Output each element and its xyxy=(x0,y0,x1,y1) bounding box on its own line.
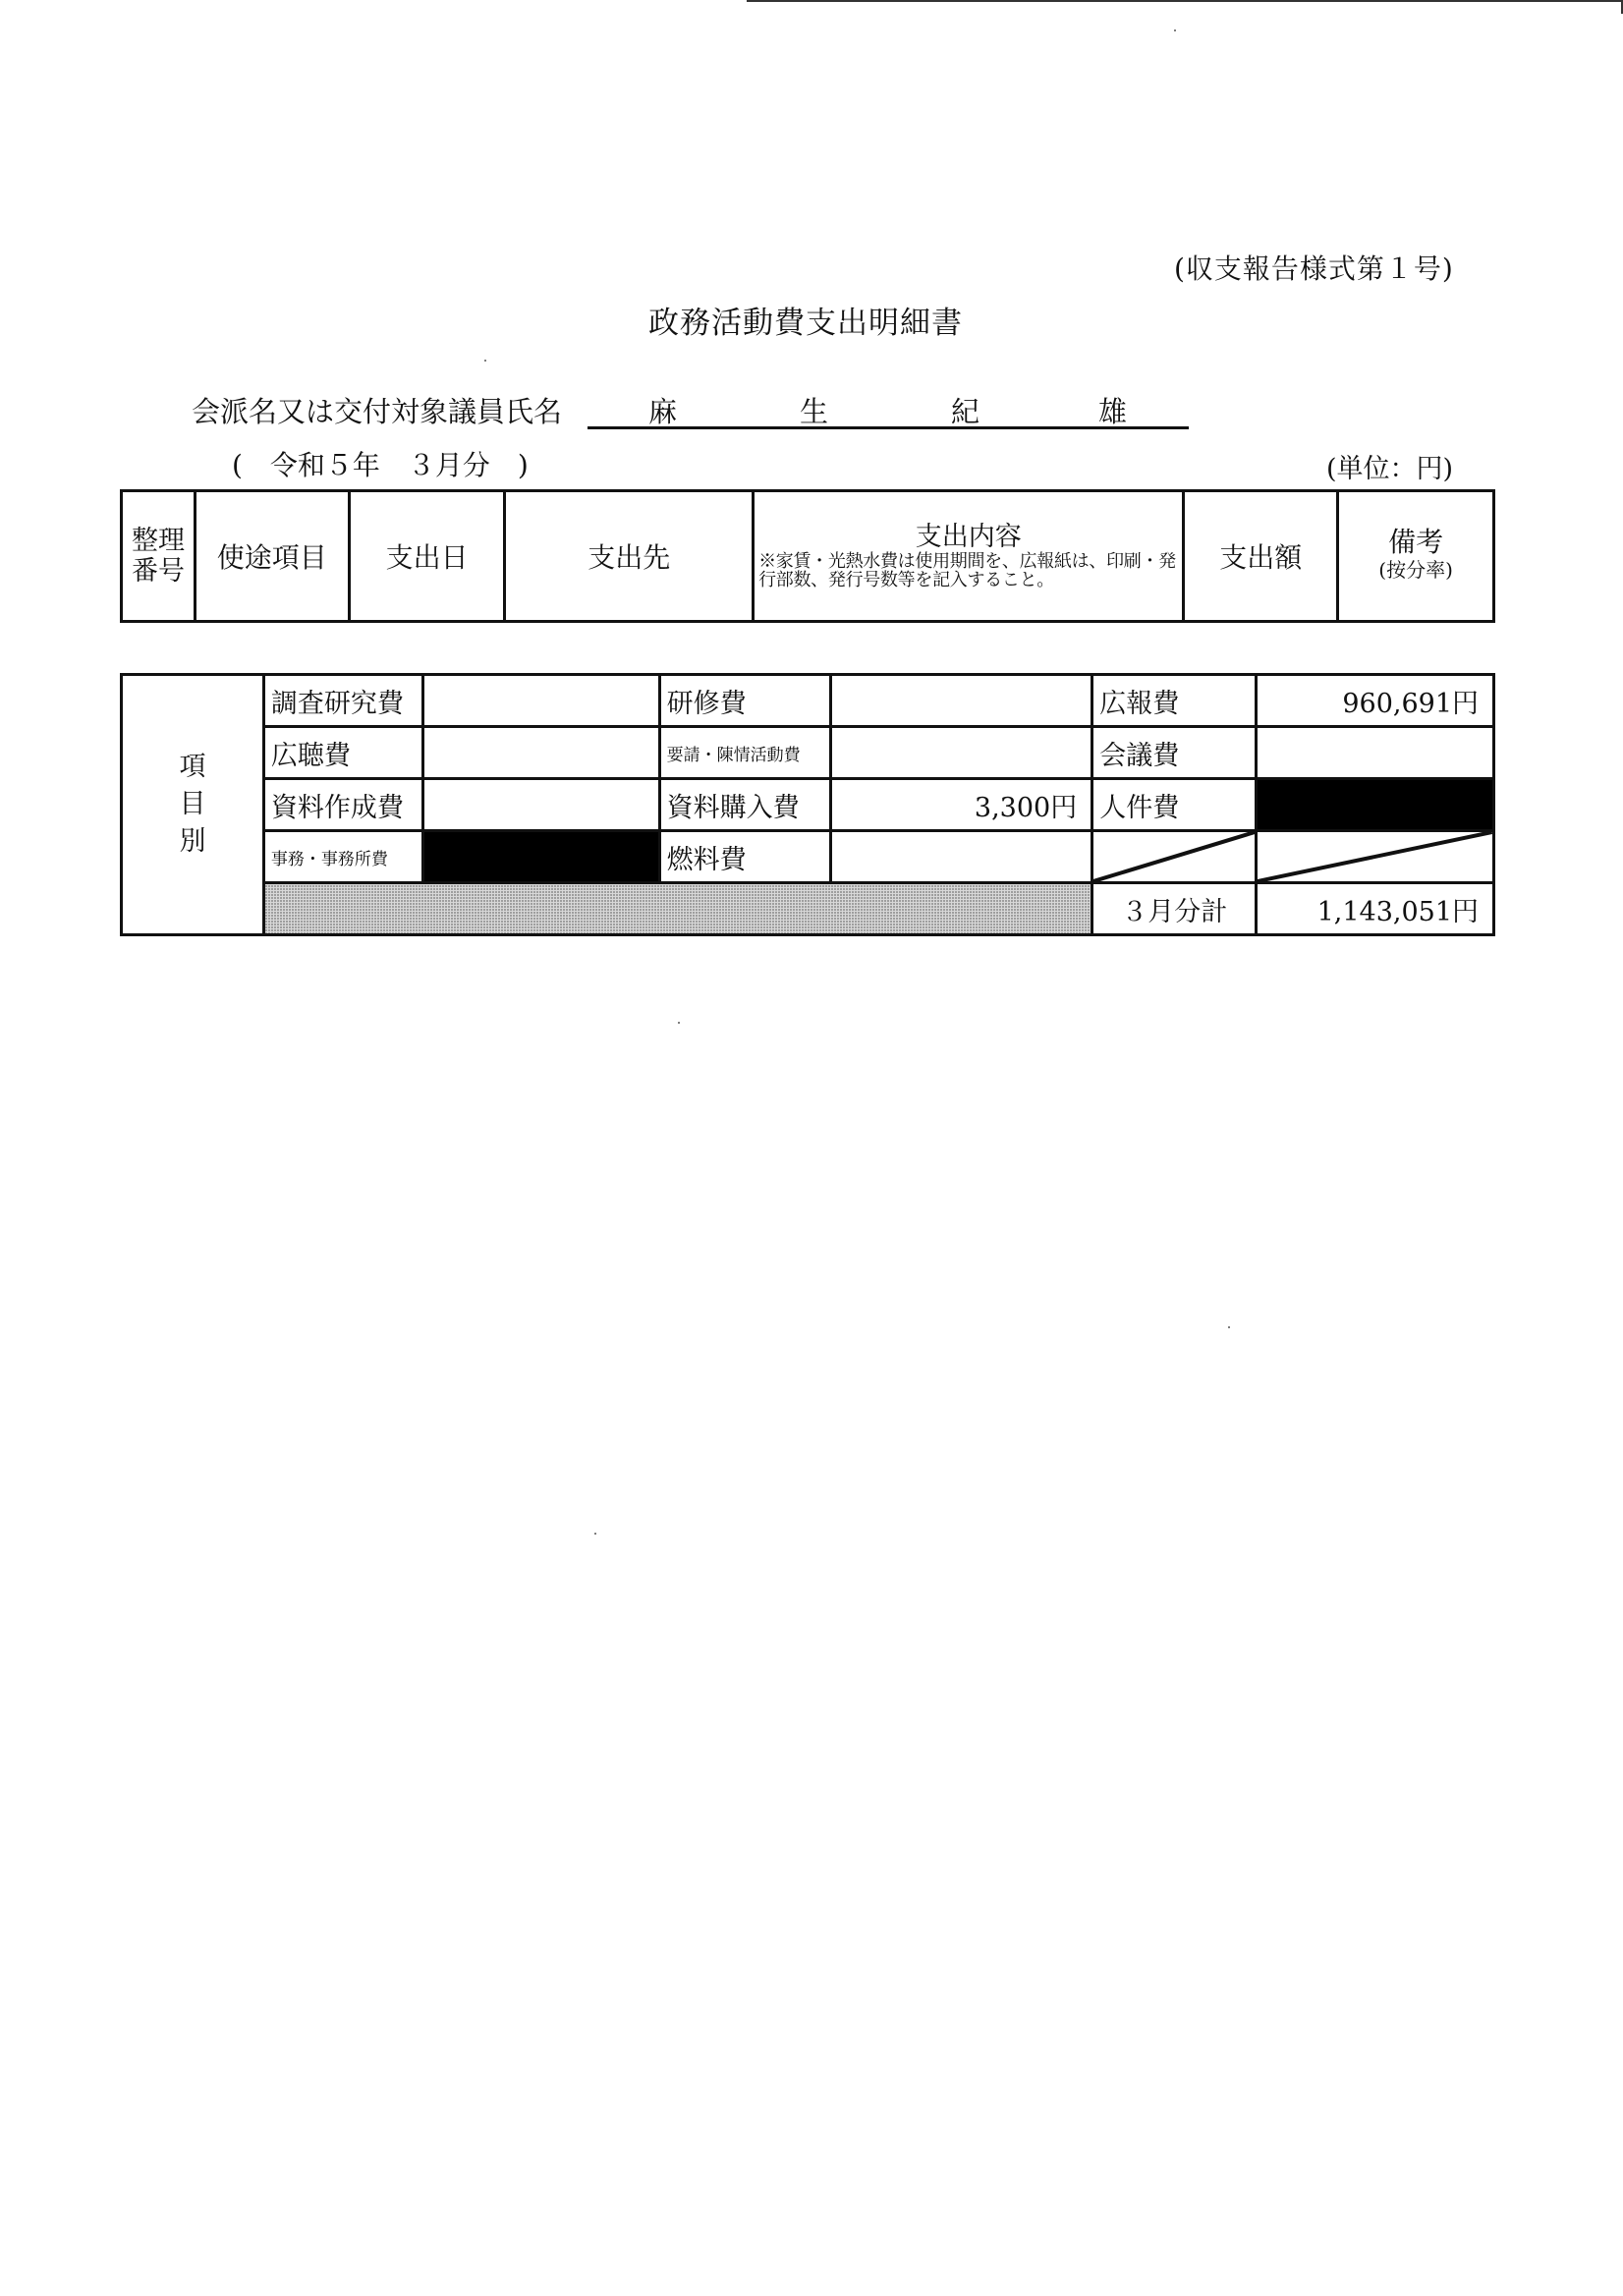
total-value: 1,143,051円 xyxy=(1257,883,1494,935)
category-value xyxy=(423,675,659,727)
diagonal-strike-icon xyxy=(1258,832,1492,881)
category-value xyxy=(830,675,1091,727)
form-number: (収支報告様式第１号) xyxy=(1174,248,1454,287)
report-period: ( 令和５年 ３月分 ) xyxy=(232,444,529,483)
category-label: 会議費 xyxy=(1092,727,1257,779)
recipient-name-char: 麻 xyxy=(648,390,677,430)
category-label: 研修費 xyxy=(659,675,830,727)
expense-detail-table: 整理 番号 使途項目 支出日 支出先 支出内容 ※家賃・光熱水費は使用期間を、広… xyxy=(120,489,1495,623)
category-label: 広報費 xyxy=(1092,675,1257,727)
category-value xyxy=(830,831,1091,883)
category-label: 事務・事務所費 xyxy=(263,831,422,883)
scan-speck xyxy=(1174,29,1176,31)
table-row: 事務・事務所費 燃料費 xyxy=(122,831,1494,883)
struck-out-cell xyxy=(1092,831,1257,883)
redacted-value xyxy=(1257,779,1494,831)
table-row-total: ３月分計 1,143,051円 xyxy=(122,883,1494,935)
table-row: 資料作成費 資料購入費 3,300円 人件費 xyxy=(122,779,1494,831)
redacted-value xyxy=(423,831,659,883)
category-label: 燃料費 xyxy=(659,831,830,883)
screened-area xyxy=(263,883,1091,935)
row-header-category: 項 目 別 xyxy=(122,675,264,935)
category-value: 3,300円 xyxy=(830,779,1091,831)
category-label: 資料購入費 xyxy=(659,779,830,831)
table-row: 広聴費 要請・陳情活動費 会議費 xyxy=(122,727,1494,779)
recipient-name-char: 雄 xyxy=(1098,390,1127,430)
category-value: 960,691円 xyxy=(1257,675,1494,727)
total-label: ３月分計 xyxy=(1092,883,1257,935)
scan-speck xyxy=(594,1533,596,1535)
category-summary-table: 項 目 別 調査研究費 研修費 広報費 960,691円 広聴費 要請・陳情活動… xyxy=(120,673,1495,936)
header-content: 支出内容 ※家賃・光熱水費は使用期間を、広報紙は、印刷・発行部数、発行号数等を記… xyxy=(754,491,1184,622)
struck-out-cell xyxy=(1257,831,1494,883)
category-value xyxy=(830,727,1091,779)
recipient-label: 会派名又は交付対象議員氏名 xyxy=(192,390,562,430)
header-amount: 支出額 xyxy=(1184,491,1338,622)
diagonal-strike-icon xyxy=(1093,832,1255,881)
category-label: 広聴費 xyxy=(263,727,422,779)
recipient-name-char: 紀 xyxy=(951,390,979,430)
category-label: 人件費 xyxy=(1092,779,1257,831)
header-content-title: 支出内容 xyxy=(755,523,1182,552)
category-label: 要請・陳情活動費 xyxy=(659,727,830,779)
recipient-name-char: 生 xyxy=(800,390,828,430)
category-value xyxy=(1257,727,1494,779)
header-payee: 支出先 xyxy=(505,491,754,622)
table-header-row: 整理 番号 使途項目 支出日 支出先 支出内容 ※家賃・光熱水費は使用期間を、広… xyxy=(122,491,1494,622)
category-label: 資料作成費 xyxy=(263,779,422,831)
category-value xyxy=(423,779,659,831)
category-value xyxy=(423,727,659,779)
unit-label: (単位：円) xyxy=(1326,447,1453,485)
scan-speck xyxy=(1228,1326,1230,1328)
header-content-note: ※家賃・光熱水費は使用期間を、広報紙は、印刷・発行部数、発行号数等を記入すること… xyxy=(755,552,1182,589)
scan-speck xyxy=(484,360,486,362)
category-label: 調査研究費 xyxy=(263,675,422,727)
document-title: 政務活動費支出明細書 xyxy=(648,298,963,342)
header-purpose: 使途項目 xyxy=(195,491,349,622)
header-date: 支出日 xyxy=(349,491,505,622)
header-number: 整理 番号 xyxy=(122,491,196,622)
scan-speck xyxy=(678,1022,680,1024)
header-remarks: 備考 (按分率) xyxy=(1338,491,1494,622)
scan-border-top xyxy=(747,0,1623,2)
table-row: 項 目 別 調査研究費 研修費 広報費 960,691円 xyxy=(122,675,1494,727)
